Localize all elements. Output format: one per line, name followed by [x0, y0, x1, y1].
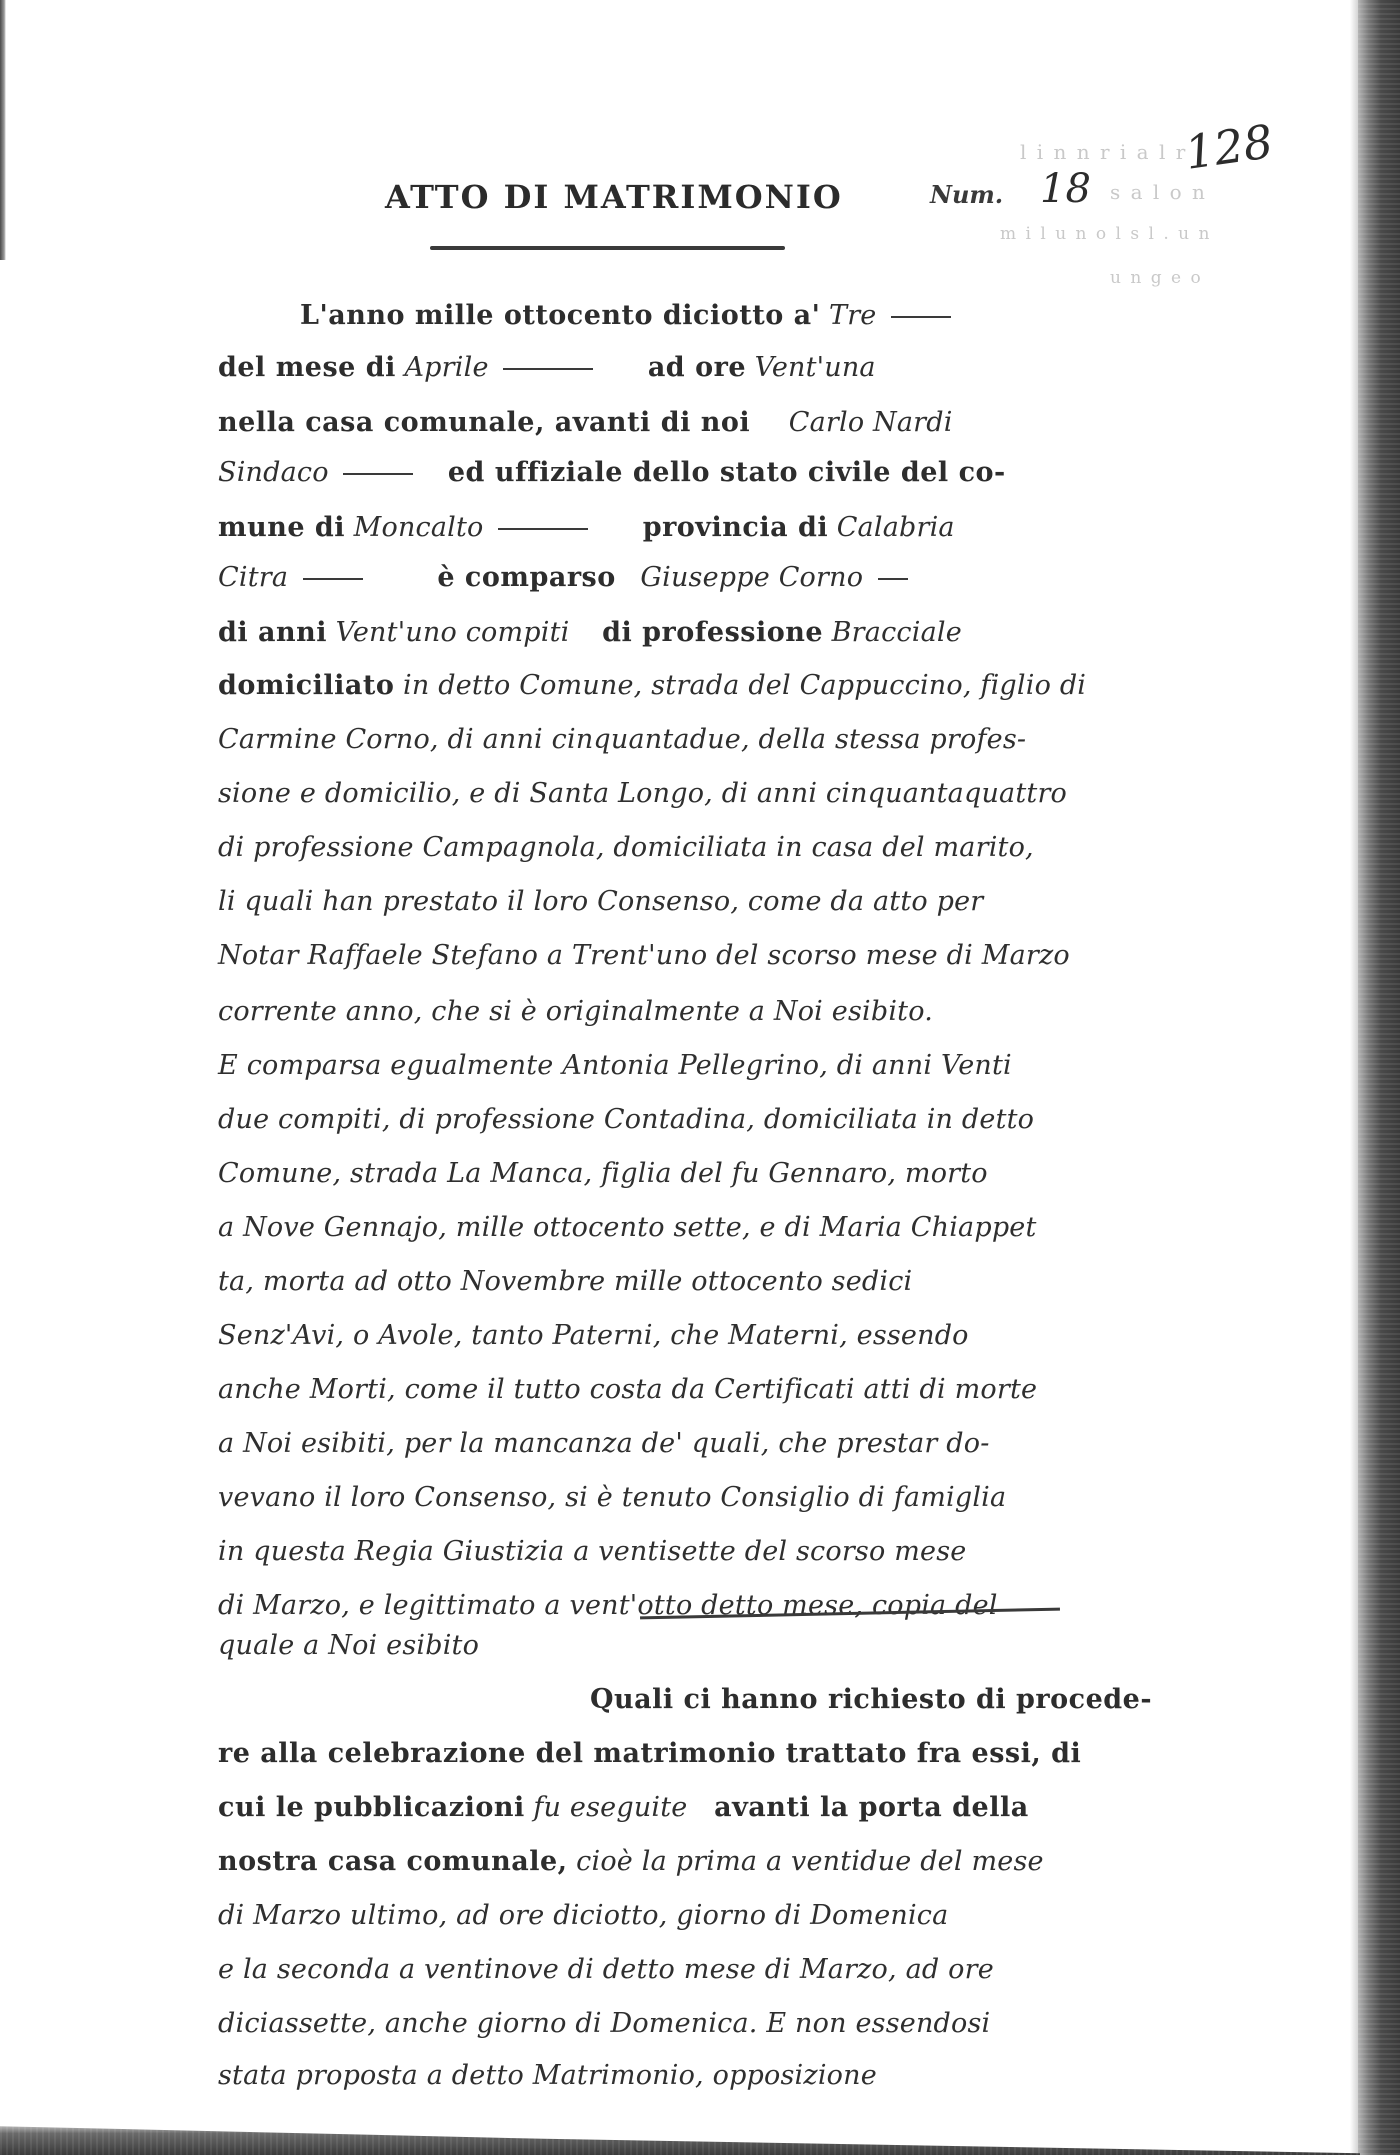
record-line: due compiti, di professione Contadina, d… [218, 1102, 1203, 1138]
printed-text: del mese di [218, 352, 396, 383]
handwritten-entry: sione e domicilio, e di Santa Longo, di … [218, 778, 1067, 809]
bleed-through-text: s a l o n [1110, 180, 1207, 204]
handwritten-entry: Tre [829, 300, 877, 331]
record-line: Quali ci hanno richiesto di procede- [590, 1682, 1210, 1718]
printed-text: mune di [218, 512, 345, 543]
record-line: domiciliato in detto Comune, strada del … [218, 668, 1203, 704]
handwritten-entry: Citra [218, 562, 288, 593]
record-line: corrente anno, che si è originalmente a … [218, 994, 1203, 1030]
handwritten-entry: di Marzo ultimo, ad ore diciotto, giorno… [218, 1900, 948, 1931]
handwritten-entry: Moncalto [354, 512, 484, 543]
handwritten-entry: Vent'uno compiti [336, 617, 570, 648]
handwritten-entry: cioè la prima a ventidue del mese [576, 1846, 1044, 1877]
record-line: ta, morta ad otto Novembre mille ottocen… [218, 1264, 1203, 1300]
record-line: vevano il loro Consenso, si è tenuto Con… [218, 1480, 1203, 1516]
record-line: nella casa comunale, avanti di noi Carlo… [218, 405, 1203, 441]
printed-text: nostra casa comunale, [218, 1846, 568, 1877]
printed-text: domiciliato [218, 670, 394, 701]
record-line: Sindaco ed uffiziale dello stato civile … [218, 455, 1203, 491]
scan-edge-right-highlight [1350, 0, 1358, 2155]
printed-text: L'anno mille ottocento diciotto a' [300, 300, 820, 331]
record-line: di Marzo ultimo, ad ore diciotto, giorno… [218, 1898, 1203, 1934]
handwritten-entry: fu eseguite [533, 1792, 687, 1823]
handwritten-entry: Calabria [837, 512, 955, 543]
handwritten-entry: due compiti, di professione Contadina, d… [218, 1104, 1034, 1135]
handwritten-entry: Sindaco [218, 457, 329, 488]
printed-text: ed uffiziale dello stato civile del co- [448, 457, 1006, 488]
record-line: Senz'Avi, o Avole, tanto Paterni, che Ma… [218, 1318, 1203, 1354]
record-line: L'anno mille ottocento diciotto a' Tre [300, 298, 1285, 334]
record-line: in questa Regia Giustizia a ventisette d… [218, 1534, 1203, 1570]
record-line: del mese di Aprile ad ore Vent'una [218, 350, 1203, 386]
printed-text: di anni [218, 617, 327, 648]
handwritten-entry: a Nove Gennajo, mille ottocento sette, e… [218, 1212, 1037, 1243]
bleed-through-text: l i n n r i a l r [1020, 140, 1187, 164]
handwritten-entry: Bracciale [832, 617, 962, 648]
handwritten-entry: diciassette, anche giorno di Domenica. E… [218, 2008, 990, 2039]
record-line: cui le pubblicazioni fu eseguite avanti … [218, 1790, 1203, 1826]
record-line: mune di Moncalto provincia di Calabria [218, 510, 1203, 546]
record-line: diciassette, anche giorno di Domenica. E… [218, 2006, 1203, 2042]
printed-text: di professione [602, 617, 823, 648]
handwritten-entry: anche Morti, come il tutto costa da Cert… [218, 1374, 1037, 1405]
scan-edge-left [0, 0, 6, 260]
record-line: Notar Raffaele Stefano a Trent'uno del s… [218, 938, 1203, 974]
handwritten-entry: e la seconda a ventinove di detto mese d… [218, 1954, 994, 1985]
handwritten-entry: ta, morta ad otto Novembre mille ottocen… [218, 1266, 912, 1297]
handwritten-entry: di Marzo, e legittimato a vent'otto dett… [218, 1590, 998, 1621]
handwritten-entry: quale a Noi esibito [218, 1630, 479, 1661]
handwritten-entry: Vent'una [755, 352, 876, 383]
record-number-label: Num. [930, 180, 1003, 209]
record-line: di Marzo, e legittimato a vent'otto dett… [218, 1588, 1203, 1624]
record-line: e la seconda a ventinove di detto mese d… [218, 1952, 1203, 1988]
printed-text: provincia di [643, 512, 828, 543]
record-line: di anni Vent'uno compiti di professione … [218, 615, 1203, 651]
handwritten-entry: Aprile [404, 352, 488, 383]
record-line: di professione Campagnola, domiciliata i… [218, 830, 1203, 866]
record-line: a Noi esibiti, per la mancanza de' quali… [218, 1426, 1203, 1462]
printed-text: nella casa comunale, avanti di noi [218, 407, 750, 438]
folio-number: 128 [1182, 114, 1276, 180]
record-line: li quali han prestato il loro Consenso, … [218, 884, 1203, 920]
handwritten-entry: stata proposta a detto Matrimonio, oppos… [218, 2060, 877, 2091]
handwritten-entry: corrente anno, che si è originalmente a … [218, 996, 933, 1027]
printed-text: Quali ci hanno richiesto di procede- [590, 1684, 1152, 1715]
record-line: stata proposta a detto Matrimonio, oppos… [218, 2058, 1203, 2094]
handwritten-entry: a Noi esibiti, per la mancanza de' quali… [218, 1428, 990, 1459]
record-number: 18 [1040, 166, 1091, 212]
record-line: Comune, strada La Manca, figlia del fu G… [218, 1156, 1203, 1192]
handwritten-entry: in questa Regia Giustizia a ventisette d… [218, 1536, 966, 1567]
handwritten-entry: Senz'Avi, o Avole, tanto Paterni, che Ma… [218, 1320, 969, 1351]
handwritten-entry: li quali han prestato il loro Consenso, … [218, 886, 983, 917]
bleed-through-text: u n g e o [1110, 268, 1203, 288]
record-line: E comparsa egualmente Antonia Pellegrino… [218, 1048, 1203, 1084]
handwritten-entry: in detto Comune, strada del Cappuccino, … [403, 670, 1086, 701]
title-underline [430, 246, 785, 250]
document-title: ATTO DI MATRIMONIO [385, 178, 843, 216]
scan-edge-bottom [0, 2119, 1360, 2155]
printed-text: re alla celebrazione del matrimonio trat… [218, 1738, 1081, 1769]
bleed-through-text: m i l u n o l s l . u n [1000, 224, 1211, 244]
handwritten-entry: Notar Raffaele Stefano a Trent'uno del s… [218, 940, 1070, 971]
printed-text: avanti la porta della [714, 1792, 1029, 1823]
record-line: anche Morti, come il tutto costa da Cert… [218, 1372, 1203, 1408]
handwritten-entry: Carmine Corno, di anni cinquantadue, del… [218, 724, 1026, 755]
printed-text: cui le pubblicazioni [218, 1792, 525, 1823]
handwritten-entry: E comparsa egualmente Antonia Pellegrino… [218, 1050, 1012, 1081]
handwritten-entry: di professione Campagnola, domiciliata i… [218, 832, 1034, 863]
printed-text: è comparso [437, 562, 615, 593]
printed-text: ad ore [648, 352, 746, 383]
record-line: nostra casa comunale, cioè la prima a ve… [218, 1844, 1203, 1880]
handwritten-entry: Carlo Nardi [789, 407, 953, 438]
handwritten-entry: Comune, strada La Manca, figlia del fu G… [218, 1158, 988, 1189]
record-line: Citra è comparso Giuseppe Corno [218, 560, 1203, 596]
handwritten-entry: Giuseppe Corno [640, 562, 863, 593]
record-line: quale a Noi esibito [218, 1628, 1203, 1664]
record-line: a Nove Gennajo, mille ottocento sette, e… [218, 1210, 1203, 1246]
record-line: re alla celebrazione del matrimonio trat… [218, 1736, 1203, 1772]
record-line: sione e domicilio, e di Santa Longo, di … [218, 776, 1203, 812]
handwritten-entry: vevano il loro Consenso, si è tenuto Con… [218, 1482, 1006, 1513]
record-line: Carmine Corno, di anni cinquantadue, del… [218, 722, 1203, 758]
scan-edge-right [1358, 0, 1400, 2155]
